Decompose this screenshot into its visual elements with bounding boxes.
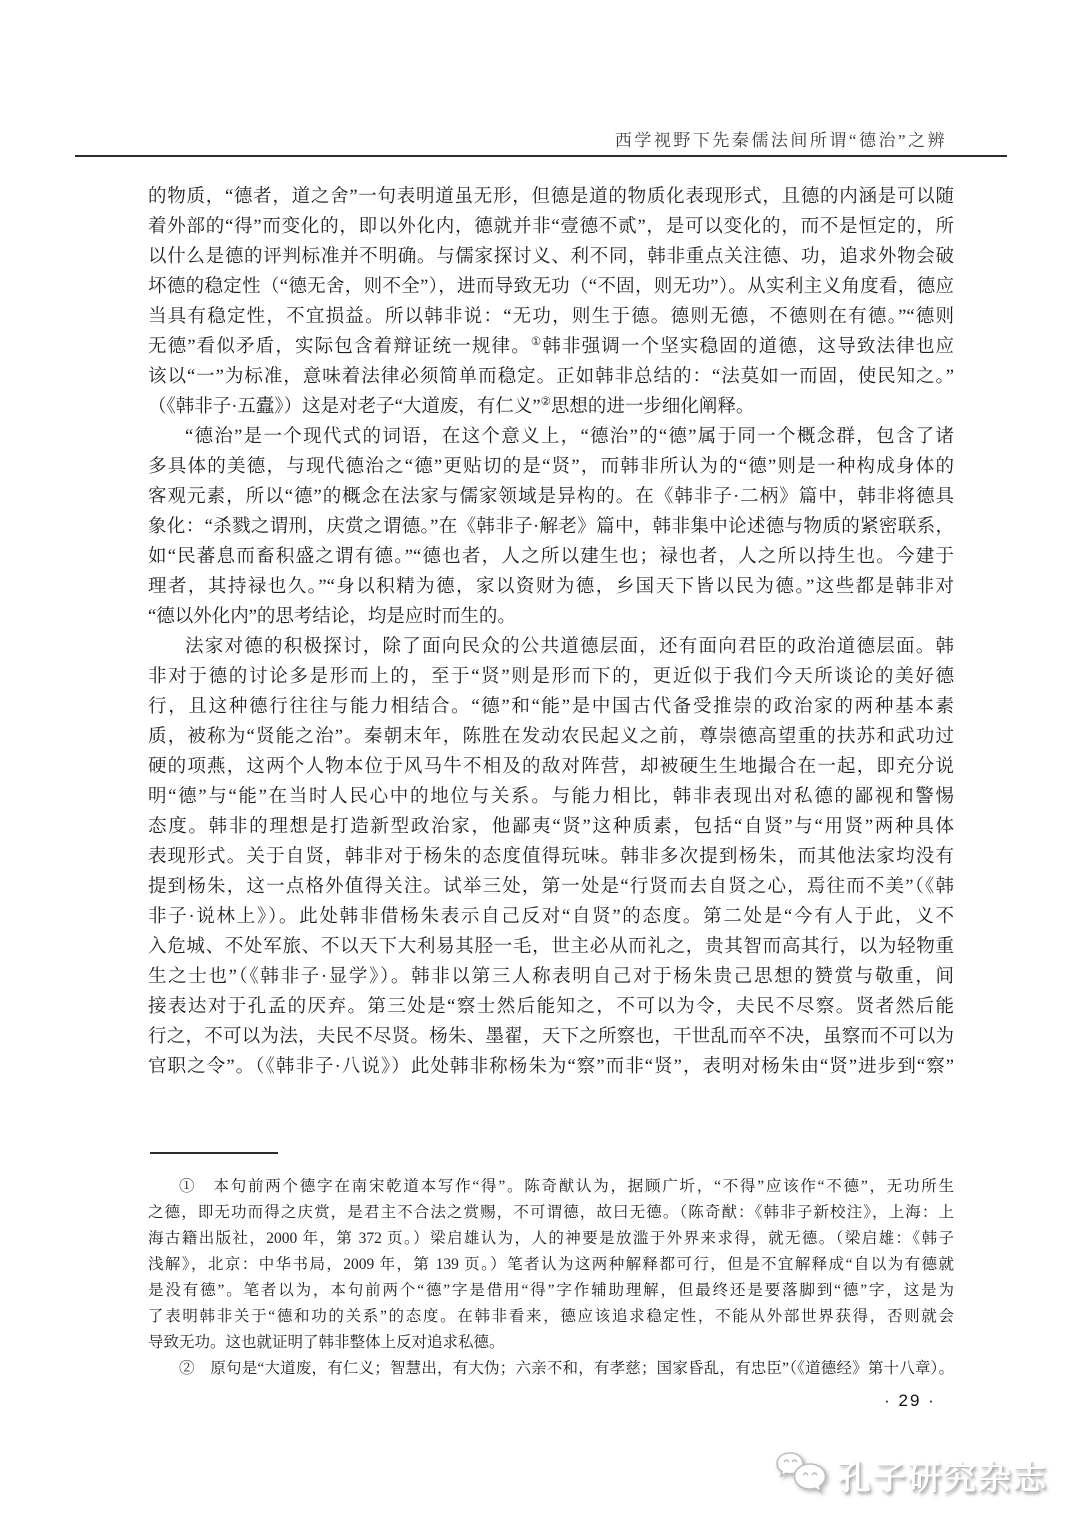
text-line: 坏德的稳定性（“德无舍，则不全”），进而导致无功（“不固，则无功”）。从实利主义… [148,272,954,302]
text-line: 理者，其持禄也久。”“身以积精为德，家以资财为德，乡国天下皆以民为德。”这些都是… [148,572,954,602]
journal-watermark: 孔子研究杂志 [774,1450,1048,1500]
wechat-chat-bubbles-icon [774,1450,830,1500]
journal-page: 西学视野下先秦儒法间所谓“德治”之辨 的物质，“德者，道之舍”一句表明道虽无形，… [0,0,1080,1526]
footnotes-block: ① 本句前两个德字在南宋乾道本写作“得”。陈奇猷认为，据顾广圻，“不得”应该作“… [148,1174,954,1382]
text-line: 了表明韩非关于“德和功的关系”的态度。在韩非看来，德应该追求稳定性，不能从外部世… [148,1304,954,1330]
text-line: 明“德”与“能”在当时人民心中的地位与关系。与能力相比，韩非表现出对私德的鄙视和… [148,782,954,812]
text-line: 提到杨朱，这一点格外值得关注。试举三处，第一处是“行贤而去自贤之心，焉往而不美”… [148,872,954,902]
text-line: 非对于德的讨论多是形而上的，至于“贤”则是形而下的，更近似于我们今天所谈论的美好… [148,662,954,692]
text-line: 接表达对于孔孟的厌弃。第三处是“察士然后能知之，不可以为令，夫民不尽察。贤者然后… [148,992,954,1022]
text-line: 象化：“杀戮之谓刑，庆赏之谓德。”在《韩非子·解老》篇中，韩非集中论述德与物质的… [148,512,954,542]
paragraph: 法家对德的积极探讨，除了面向民众的公共道德层面，还有面向君臣的政治道德层面。韩非… [148,632,954,1082]
text-line: “德治”是一个现代式的词语，在这个意义上，“德治”的“德”属于同一个概念群，包含… [148,422,954,452]
text-line: ① 本句前两个德字在南宋乾道本写作“得”。陈奇猷认为，据顾广圻，“不得”应该作“… [148,1174,954,1200]
text-line: 行之，不可以为法，夫民不尽贤。杨朱、墨翟，天下之所察也，干世乱而卒不决，虽察而不… [148,1022,954,1052]
watermark-text: 孔子研究杂志 [838,1452,1048,1499]
text-line: 着外部的“得”而变化的，即以外化内，德就并非“壹德不贰”，是可以变化的，而不是恒… [148,212,954,242]
footnote-ref: ② [541,396,551,408]
text-line: 该以“一”为标准，意味着法律必须简单而稳定。正如韩非总结的：“法莫如一而固，使民… [148,362,954,392]
text-line: （《韩非子·五蠹》）这是对老子“大道废，有仁义”②思想的进一步细化阐释。 [148,392,954,422]
text-line: 当具有稳定性，不宜损益。所以韩非说：“无功，则生于德。德则无德，不德则在有德。”… [148,302,954,332]
running-head-title: 西学视野下先秦儒法间所谓“德治”之辨 [615,126,947,151]
text-line: 多具体的美德，与现代德治之“德”更贴切的是“贤”，而韩非所认为的“德”则是一种构… [148,452,954,482]
article-body: 的物质，“德者，道之舍”一句表明道虽无形，但德是道的物质化表现形式，且德的内涵是… [148,182,954,1082]
footnote-separator-rule [150,1152,278,1154]
header-rule [75,155,1007,157]
footnote-ref: ① [531,336,542,348]
text-line: 质，被称为“贤能之治”。秦朝末年，陈胜在发动农民起义之前，尊崇德高望重的扶苏和武… [148,722,954,752]
text-line: 无德”看似矛盾，实际包含着辩证统一规律。①韩非强调一个坚实稳固的道德，这导致法律… [148,332,954,362]
paragraph: ② 原句是“大道废，有仁义；智慧出，有大伪；六亲不和，有孝慈；国家昏乱，有忠臣”… [148,1356,954,1382]
text-line: 以什么是德的评判标准并不明确。与儒家探讨义、利不同，韩非重点关注德、功，追求外物… [148,242,954,272]
text-line: 客观元素，所以“德”的概念在法家与儒家领域是异构的。在《韩非子·二柄》篇中，韩非… [148,482,954,512]
text-line: 海古籍出版社，2000 年，第 372 页。）梁启雄认为，人的神要是放滥于外界来… [148,1226,954,1252]
text-line: “德以外化内”的思考结论，均是应时而生的。 [148,602,954,632]
page-number: · 29 · [868,1391,952,1411]
text-line: 官职之令”。（《韩非子·八说》）此处韩非称杨朱为“察”而非“贤”，表明对杨朱由“… [148,1052,954,1082]
text-line: 硬的项燕，这两个人物本位于风马牛不相及的敌对阵营，却被硬生生地撮合在一起，即充分… [148,752,954,782]
text-line: ② 原句是“大道废，有仁义；智慧出，有大伪；六亲不和，有孝慈；国家昏乱，有忠臣”… [148,1356,954,1382]
text-line: 法家对德的积极探讨，除了面向民众的公共道德层面，还有面向君臣的政治道德层面。韩 [148,632,954,662]
text-line: 表现形式。关于自贤，韩非对于杨朱的态度值得玩味。韩非多次提到杨朱，而其他法家均没… [148,842,954,872]
paragraph: ① 本句前两个德字在南宋乾道本写作“得”。陈奇猷认为，据顾广圻，“不得”应该作“… [148,1174,954,1356]
text-line: 如“民蕃息而畜积盛之谓有德。”“德也者，人之所以建生也；禄也者，人之所以持生也。… [148,542,954,572]
text-line: 是没有德”。笔者以为，本句前两个“德”字是借用“得”字作辅助理解，但最终还是要落… [148,1278,954,1304]
paragraph: 的物质，“德者，道之舍”一句表明道虽无形，但德是道的物质化表现形式，且德的内涵是… [148,182,954,422]
text-line: 的物质，“德者，道之舍”一句表明道虽无形，但德是道的物质化表现形式，且德的内涵是… [148,182,954,212]
text-line: 浅解》，北京：中华书局，2009 年，第 139 页。）笔者认为这两种解释都可行… [148,1252,954,1278]
text-line: 行，且这种德行往往与能力相结合。“德”和“能”是中国古代备受推崇的政治家的两种基… [148,692,954,722]
text-line: 导致无功。这也就证明了韩非整体上反对追求私德。 [148,1330,954,1356]
text-line: 态度。韩非的理想是打造新型政治家，他鄙夷“贤”这种质素，包括“自贤”与“用贤”两… [148,812,954,842]
paragraph: “德治”是一个现代式的词语，在这个意义上，“德治”的“德”属于同一个概念群，包含… [148,422,954,632]
text-line: 之德，即无功而得之庆赏，是君主不合法之赏赐，不可谓德，故曰无德。（陈奇猷：《韩非… [148,1200,954,1226]
text-line: 生之士也”（《韩非子·显学》）。韩非以第三人称表明自己对于杨朱贵己思想的赞赏与敬… [148,962,954,992]
text-line: 非子·说林上》）。此处韩非借杨朱表示自己反对“自贤”的态度。第二处是“今有人于此… [148,902,954,932]
text-line: 入危城、不处军旅、不以天下大利易其胫一毛，世主必从而礼之，贵其智而高其行，以为轻… [148,932,954,962]
